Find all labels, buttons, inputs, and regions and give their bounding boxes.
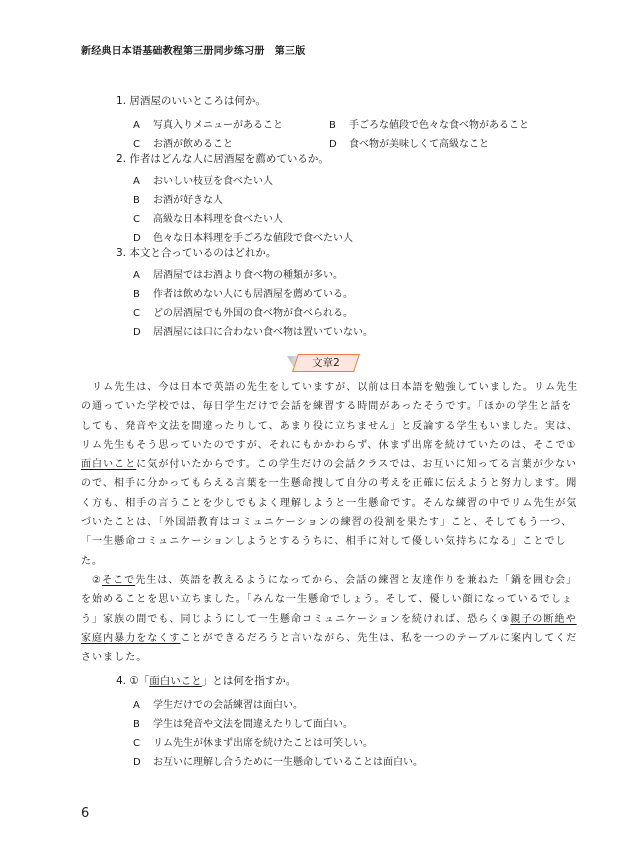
question-number: 4. <box>116 675 126 687</box>
option-1d: D食べ物が美味しくて高級なこと <box>329 135 489 150</box>
option-text: どの居酒屋でも外国の食べ物が食べられる。 <box>153 308 353 319</box>
option-text: お酒が飲めること <box>153 139 233 150</box>
option-text: 色々な日本料理を手ごろな値段で食べたい人 <box>153 233 353 244</box>
book-header-title: 新经典日本语基础教程第三册同步练习册 第三版 <box>81 42 305 57</box>
question-1: 1. 居酒屋のいいところは何か。 <box>116 92 266 111</box>
question-text: 居酒屋のいいところは何か。 <box>129 95 266 107</box>
option-text: 学生は発音や文法を間違えたりして面白い。 <box>153 719 353 730</box>
question-text: 本文と合っているのはどれか。 <box>129 247 276 259</box>
question-2: 2. 作者はどんな人に居酒屋を薦めているか。 <box>116 150 329 169</box>
option-letter: D <box>329 139 349 150</box>
option-text: 写真入りメニューがあること <box>153 120 283 131</box>
option-1a: A写真入りメニューがあること <box>133 116 283 131</box>
option-2d: D色々な日本料理を手ごろな値段で食べたい人 <box>133 229 353 244</box>
option-1c: Cお酒が飲めること <box>133 135 233 150</box>
passage-line: 「一生懸命コミュニケーションしようとするうちに、相手に対して優しい気持ちになる」… <box>81 532 561 551</box>
option-letter: C <box>133 214 153 225</box>
option-2c: C高級な日本料理を食べたい人 <box>133 210 283 225</box>
passage-line: く方も、相手の言うことを少しでもよく理解しようと一生懸命です。そんな練習の中でリ… <box>81 494 561 513</box>
option-text: 食べ物が美味しくて高級なこと <box>349 139 489 150</box>
question-suffix: 」とは何を指すか。 <box>202 675 297 687</box>
underlined-phrase-3b: 家庭内暴力をなくす <box>81 633 180 644</box>
passage-line: 面白いことに気が付いたからです。この学生だけの会話クラスでは、お互いに知ってる言… <box>81 455 561 474</box>
passage-line: の通っていた学校では、毎日学生だけで会話を練習する時間があったそうです。「ほかの… <box>81 397 561 416</box>
passage-line: た。 <box>81 552 561 571</box>
passage-line: しても、発音や文法を間違ったりして、あまり役に立ちません」と反論する学生もいまし… <box>81 417 561 436</box>
option-text: 手ごろな値段で色々な食べ物があること <box>349 120 529 131</box>
option-letter: D <box>133 327 153 338</box>
option-text: 学生だけでの会話練習は面白い。 <box>153 700 303 711</box>
passage-text: に気が付いたからです。この学生だけの会話クラスでは、お互いに知ってる言葉が少ない <box>136 459 577 470</box>
option-letter: B <box>329 120 349 131</box>
passage-text: ② <box>81 575 102 586</box>
option-3b: B作者は飲めない人にも居酒屋を薦めている。 <box>133 285 353 300</box>
option-letter: A <box>133 120 153 131</box>
option-letter: A <box>133 270 153 281</box>
option-letter: A <box>133 176 153 187</box>
option-1b: B手ごろな値段で色々な食べ物があること <box>329 116 529 131</box>
section-label: 文章2 <box>295 355 357 371</box>
option-letter: B <box>133 289 153 300</box>
passage-line: リム先生もそう思っていたのですが、それにもかかわらず、休まず出席を続けていたのは… <box>81 436 561 455</box>
option-4c: Cリム先生が休まず出席を続けたことは可笑しい。 <box>133 734 373 749</box>
question-3: 3. 本文と合っているのはどれか。 <box>116 244 276 263</box>
option-2a: Aおいしい枝豆を食べたい人 <box>133 172 273 187</box>
option-text: お酒が好きな人 <box>153 195 223 206</box>
passage-text: う」家族の間でも、同じようにして一生懸命コミュニケーションを続ければ、恐らく③ <box>81 614 510 625</box>
passage-line: さいました。 <box>81 648 561 667</box>
option-letter: D <box>133 233 153 244</box>
question-text: 作者はどんな人に居酒屋を薦めているか。 <box>129 153 329 165</box>
option-text: リム先生が休まず出席を続けたことは可笑しい。 <box>153 738 373 749</box>
question-4: 4. ①「面白いこと」とは何を指すか。 <box>116 672 296 691</box>
page-number: 6 <box>81 806 89 821</box>
question-prefix: ①「 <box>129 675 149 687</box>
passage-line: う」家族の間でも、同じようにして一生懸命コミュニケーションを続ければ、恐らく③親… <box>81 610 561 629</box>
passage-text: 先生は、英語を教えるようになってから、会話の練習と友達作りを兼ねた「鍋を囲む会」 <box>135 575 577 586</box>
passage-line: 家庭内暴力をなくすことができるだろうと言いながら、先生は、私を一つのテーブルに案… <box>81 629 561 648</box>
option-4a: A学生だけでの会話練習は面白い。 <box>133 696 303 711</box>
question-number: 1. <box>116 95 126 107</box>
option-text: 作者は飲めない人にも居酒屋を薦めている。 <box>153 289 353 300</box>
option-4d: Dお互いに理解し合うために一生懸命していることは面白い。 <box>133 753 423 768</box>
question-number: 3. <box>116 247 126 259</box>
option-text: 高級な日本料理を食べたい人 <box>153 214 283 225</box>
underlined-phrase-1: 面白いこと <box>81 459 136 470</box>
passage-text: ことができるだろうと言いながら、先生は、私を一つのテーブルに案内してくだ <box>180 633 577 644</box>
passage-line: を始めることを思い立ちました。「みんな一生懸命でしょう。そして、優しい顔になって… <box>81 590 561 609</box>
option-3c: Cどの居酒屋でも外国の食べ物が食べられる。 <box>133 304 353 319</box>
option-text: お互いに理解し合うために一生懸命していることは面白い。 <box>153 757 423 768</box>
underlined-phrase-3a: 親子の断絶や <box>510 614 576 625</box>
option-2b: Bお酒が好きな人 <box>133 191 223 206</box>
passage-line: リム先生は、今は日本で英語の先生をしていますが、以前は日本語を勉強していました。… <box>81 378 561 397</box>
option-letter: A <box>133 700 153 711</box>
option-letter: B <box>133 195 153 206</box>
section-tag: 文章2 <box>287 354 367 372</box>
passage-line: づいたことは、「外国語教育はコミュニケーションの練習の役割を果たす」こと、そして… <box>81 513 561 532</box>
option-3d: D居酒屋には口に合わない食べ物は置いていない。 <box>133 323 373 338</box>
option-letter: C <box>133 738 153 749</box>
passage-line: ので、相手に分かってもらえる言葉を一生懸命捜して自分の考えを正確に伝えようと努力… <box>81 474 561 493</box>
question-underlined-ref: 面白いこと <box>149 675 202 687</box>
reading-passage: リム先生は、今は日本で英語の先生をしていますが、以前は日本語を勉強していました。… <box>81 378 561 667</box>
option-text: 居酒屋には口に合わない食べ物は置いていない。 <box>153 327 373 338</box>
option-letter: C <box>133 308 153 319</box>
option-letter: C <box>133 139 153 150</box>
option-letter: B <box>133 719 153 730</box>
option-4b: B学生は発音や文法を間違えたりして面白い。 <box>133 715 353 730</box>
passage-line: ②そこで先生は、英語を教えるようになってから、会話の練習と友達作りを兼ねた「鍋を… <box>81 571 561 590</box>
option-letter: D <box>133 757 153 768</box>
underlined-phrase-2: そこで <box>102 575 135 586</box>
option-3a: A居酒屋ではお酒より食べ物の種類が多い。 <box>133 266 343 281</box>
option-text: 居酒屋ではお酒より食べ物の種類が多い。 <box>153 270 343 281</box>
option-text: おいしい枝豆を食べたい人 <box>153 176 273 187</box>
question-number: 2. <box>116 153 126 165</box>
